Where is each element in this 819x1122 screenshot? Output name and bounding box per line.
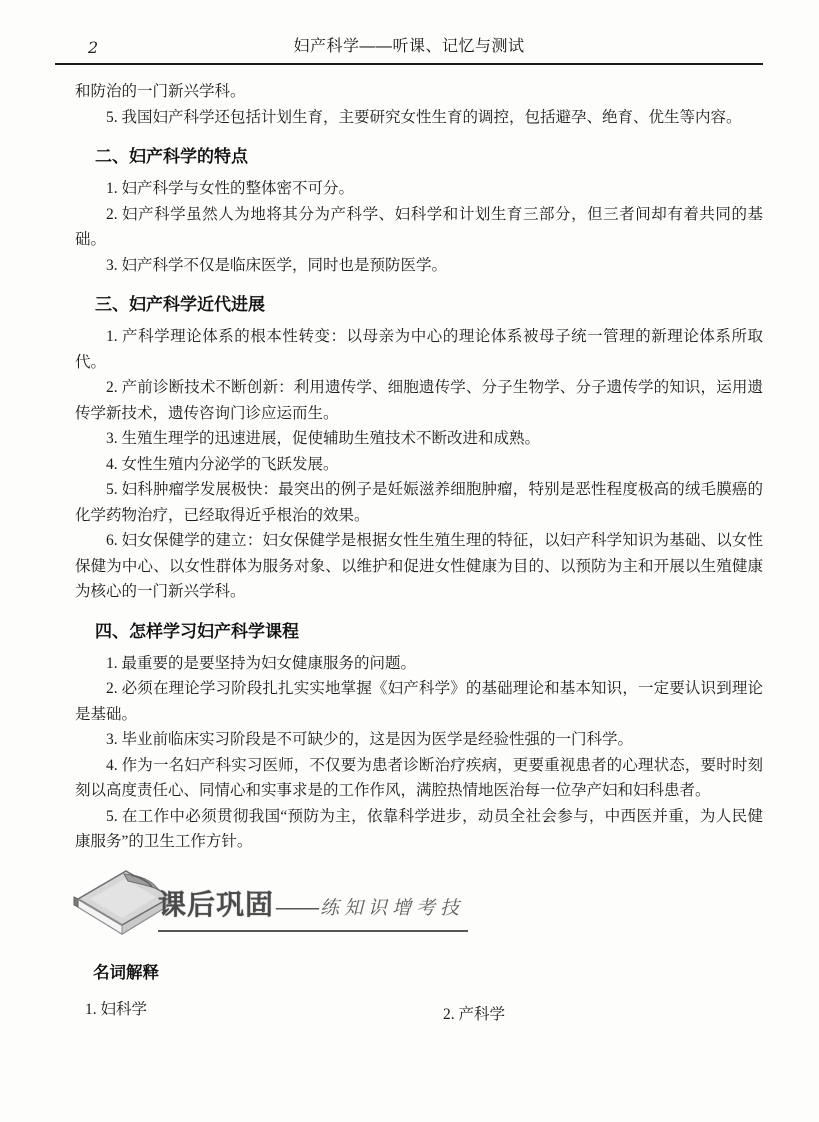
banner-text: 课后巩固 —— 练知识增考技 bbox=[158, 883, 468, 932]
running-title: 妇产科学——听课、记忆与测试 bbox=[293, 38, 524, 55]
list-item: 1. 最重要的是要坚持为妇女健康服务的问题。 bbox=[75, 651, 763, 677]
textbook-page: 2 妇产科学——听课、记忆与测试 和防治的一门新兴学科。 5. 我国妇产科学还包… bbox=[0, 0, 819, 1122]
list-item: 4. 作为一名妇产科实习医师，不仅要为患者诊断治疗疾病，更要重视患者的心理状态，… bbox=[75, 753, 763, 804]
list-item: 3. 毕业前临床实习阶段是不可缺少的，这是因为医学是经验性强的一门科学。 bbox=[75, 727, 763, 753]
list-item: 2. 妇产科学虽然人为地将其分为产科学、妇科学和计划生育三部分，但三者间却有着共… bbox=[75, 202, 763, 253]
list-item: 2. 必须在理论学习阶段扎扎实实地掌握《妇产科学》的基础理论和基本知识，一定要认… bbox=[75, 676, 763, 727]
exercise-heading: 名词解释 bbox=[75, 959, 763, 983]
banner-dash: —— bbox=[276, 894, 318, 920]
page-header: 2 妇产科学——听课、记忆与测试 bbox=[55, 0, 763, 65]
exercise-section: 名词解释 1. 妇科学 2. 产科学 bbox=[75, 959, 763, 1028]
exercise-item: 2. 产科学 bbox=[443, 1002, 505, 1028]
list-item: 5. 妇科肿瘤学发展极快：最突出的例子是妊娠滋养细胞肿瘤，特别是恶性程度极高的绒… bbox=[75, 477, 763, 528]
page-number: 2 bbox=[88, 38, 98, 57]
section-heading-3: 三、妇产科学近代进展 bbox=[75, 294, 763, 316]
list-item: 5. 我国妇产科学还包括计划生育，主要研究女性生育的调控，包括避孕、绝育、优生等… bbox=[75, 105, 763, 131]
page-body: 和防治的一门新兴学科。 5. 我国妇产科学还包括计划生育，主要研究女性生育的调控… bbox=[75, 79, 763, 1027]
exercise-row: 1. 妇科学 2. 产科学 bbox=[75, 997, 763, 1028]
list-item: 3. 妇产科学不仅是临床医学，同时也是预防医学。 bbox=[75, 253, 763, 279]
section-heading-4: 四、怎样学习妇产科学课程 bbox=[75, 621, 763, 643]
after-class-banner: 课后巩固 —— 练知识增考技 bbox=[68, 861, 763, 945]
list-item: 4. 女性生殖内分泌学的飞跃发展。 bbox=[75, 452, 763, 478]
banner-title: 课后巩固 bbox=[158, 883, 274, 923]
list-item: 3. 生殖生理学的迅速进展，促使辅助生殖技术不断改进和成熟。 bbox=[75, 426, 763, 452]
banner-subtitle: 练知识增考技 bbox=[320, 893, 464, 920]
list-item: 5. 在工作中必须贯彻我国“预防为主，依靠科学进步，动员全社会参与，中西医并重，… bbox=[75, 804, 763, 855]
list-item: 1. 妇产科学与女性的整体密不可分。 bbox=[75, 176, 763, 202]
section-heading-2: 二、妇产科学的特点 bbox=[75, 146, 763, 168]
list-item: 1. 产科学理论体系的根本性转变：以母亲为中心的理论体系被母子统一管理的新理论体… bbox=[75, 324, 763, 375]
list-item: 6. 妇女保健学的建立：妇女保健学是根据女性生殖生理的特征，以妇产科学知识为基础… bbox=[75, 528, 763, 605]
exercise-item: 1. 妇科学 bbox=[85, 997, 443, 1028]
paragraph-continuation: 和防治的一门新兴学科。 bbox=[75, 79, 763, 105]
list-item: 2. 产前诊断技术不断创新：利用遗传学、细胞遗传学、分子生物学、分子遗传学的知识… bbox=[75, 375, 763, 426]
